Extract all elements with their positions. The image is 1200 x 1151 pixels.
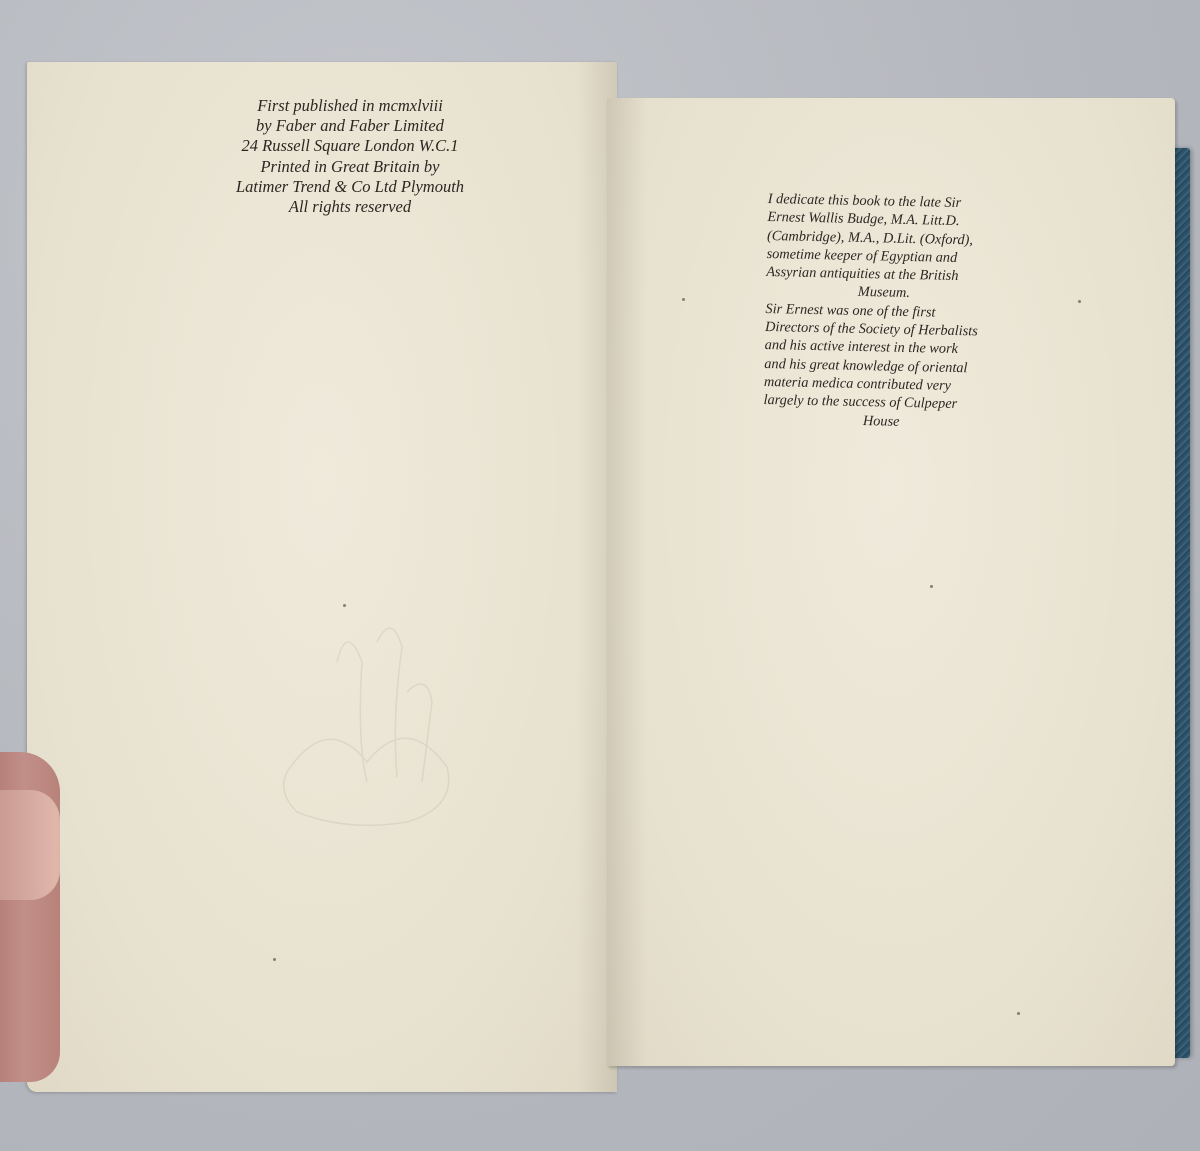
imprint-line: All rights reserved — [190, 197, 510, 217]
paper-speck — [930, 585, 933, 588]
imprint-line: by Faber and Faber Limited — [190, 116, 510, 136]
imprint-line: First published in mcmxlviii — [190, 96, 510, 116]
dedication-text: I dedicate this book to the late Sir Ern… — [763, 190, 1004, 433]
imprint-line: Printed in Great Britain by — [190, 157, 510, 177]
copyright-imprint: First published in mcmxlviii by Faber an… — [190, 96, 510, 217]
thumbnail — [0, 790, 60, 900]
paper-speck — [273, 958, 276, 961]
paper-speck — [1078, 300, 1081, 303]
paper-speck — [682, 298, 685, 301]
imprint-line: 24 Russell Square London W.C.1 — [190, 136, 510, 156]
photo-scene: First published in mcmxlviii by Faber an… — [0, 0, 1200, 1151]
imprint-line: Latimer Trend & Co Ltd Plymouth — [190, 177, 510, 197]
paper-speck — [1017, 1012, 1020, 1015]
paper-speck — [343, 604, 346, 607]
show-through-plant-illustration — [257, 602, 487, 832]
